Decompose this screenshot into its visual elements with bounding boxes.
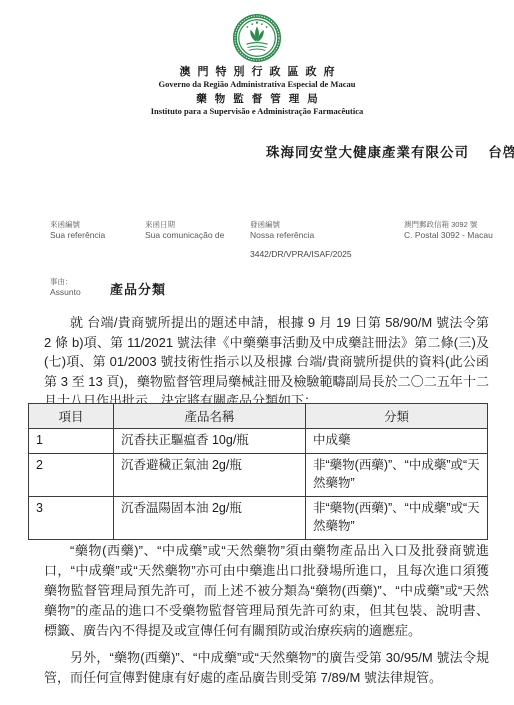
government-name-zh: 澳門特別行政區政府 bbox=[0, 66, 514, 79]
cell-product-2: 沉香避穢正氣油 2g/瓶 bbox=[114, 454, 306, 497]
body-paragraph-import-rules: “藥物(西藥)”、“中成藥”或“天然藥物”須由藥物產品出入口及批發商號進口，“中… bbox=[44, 541, 489, 641]
macau-government-seal-icon bbox=[233, 14, 281, 62]
postal-box-zh: 澳門郵政信箱 3092 號 bbox=[404, 220, 493, 230]
cell-class-3: 非“藥物(西藥)”、“中成藥”或“天然藥物” bbox=[306, 497, 488, 540]
your-date-label-zh: 來函日期 bbox=[145, 220, 224, 230]
official-letter-page: 澳門特別行政區政府 Governo da Região Administrati… bbox=[0, 0, 514, 705]
table-row: 3 沉香温陽固本油 2g/瓶 非“藥物(西藥)”、“中成藥”或“天然藥物” bbox=[29, 497, 488, 540]
table-row: 1 沉香扶正驅瘟香 10g/瓶 中成藥 bbox=[29, 429, 488, 454]
recipient-line: 珠海同安堂大健康產業有限公司 台啓 bbox=[266, 141, 514, 161]
our-reference-label-zh: 發函編號 bbox=[250, 220, 314, 230]
your-reference-label-zh: 來函編號 bbox=[50, 220, 105, 230]
your-reference-label-pt: Sua referência bbox=[50, 230, 105, 241]
col-header-item: 項目 bbox=[29, 404, 114, 429]
body-paragraph-advertising-rules: 另外，“藥物(西藥)”、“中成藥”或“天然藥物”的廣告受第 30/95/M 號法… bbox=[44, 648, 489, 688]
classification-table-wrap: 項目 產品名稱 分類 1 沉香扶正驅瘟香 10g/瓶 中成藥 2 沉香避穢正氣油… bbox=[28, 403, 488, 540]
our-reference-field: 發函編號 Nossa referência 3442/DR/VPRA/ISAF/… bbox=[250, 220, 314, 241]
bureau-name-zh: 藥物監督管理局 bbox=[0, 93, 514, 106]
bureau-name-pt: Instituto para a Supervisão e Administra… bbox=[0, 106, 514, 117]
your-date-label-pt: Sua comunicação de bbox=[145, 230, 224, 241]
letterhead: 澳門特別行政區政府 Governo da Região Administrati… bbox=[0, 14, 514, 117]
cell-item-2: 2 bbox=[29, 454, 114, 497]
cell-item-1: 1 bbox=[29, 429, 114, 454]
your-reference-field: 來函編號 Sua referência bbox=[50, 220, 105, 241]
body-paragraph-decision: 就 台端/貴商號所提出的題述申請，根據 9 月 19 日第 58/90/M 號法… bbox=[44, 313, 489, 411]
cell-item-3: 3 bbox=[29, 497, 114, 540]
classification-table: 項目 產品名稱 分類 1 沉香扶正驅瘟香 10g/瓶 中成藥 2 沉香避穢正氣油… bbox=[28, 403, 488, 540]
cell-product-1: 沉香扶正驅瘟香 10g/瓶 bbox=[114, 429, 306, 454]
government-name-pt: Governo da Região Administrativa Especia… bbox=[0, 79, 514, 90]
table-row: 2 沉香避穢正氣油 2g/瓶 非“藥物(西藥)”、“中成藥”或“天然藥物” bbox=[29, 454, 488, 497]
cell-product-3: 沉香温陽固本油 2g/瓶 bbox=[114, 497, 306, 540]
subject-label-pt: Assunto bbox=[50, 287, 81, 298]
your-date-field: 來函日期 Sua comunicação de bbox=[145, 220, 224, 241]
col-header-classification: 分類 bbox=[306, 404, 488, 429]
cell-class-1: 中成藥 bbox=[306, 429, 488, 454]
table-header-row: 項目 產品名稱 分類 bbox=[29, 404, 488, 429]
cell-class-2: 非“藥物(西藥)”、“中成藥”或“天然藥物” bbox=[306, 454, 488, 497]
postal-box-pt: C. Postal 3092 - Macau bbox=[404, 230, 493, 241]
subject-value: 產品分類 bbox=[110, 279, 166, 298]
our-reference-number: 3442/DR/VPRA/ISAF/2025 bbox=[250, 249, 352, 259]
subject-label-zh: 事由： bbox=[50, 277, 81, 287]
subject-block: 事由： Assunto 產品分類 bbox=[50, 277, 81, 298]
our-reference-label-pt: Nossa referência bbox=[250, 230, 314, 241]
postal-box-field: 澳門郵政信箱 3092 號 C. Postal 3092 - Macau bbox=[404, 220, 493, 241]
col-header-product-name: 產品名稱 bbox=[114, 404, 306, 429]
